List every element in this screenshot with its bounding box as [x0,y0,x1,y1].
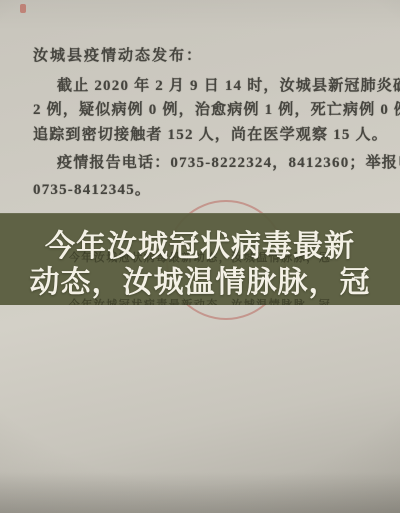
headline-banner: 今年汝城冠状病毒最新动态，汝城温情脉脉，冠 今年汝城冠状病毒最新动态，汝城温情脉… [0,213,400,305]
document-heading: 汝城县疫情动态发布： [33,44,374,65]
document-line: 截止 2020 年 2 月 9 日 14 时，汝城县新冠肺炎确诊病例 [33,74,374,95]
document-line: 0735-8412345。 [33,178,374,199]
photo-document: 汝城县疫情动态发布： 截止 2020 年 2 月 9 日 14 时，汝城县新冠肺… [0,0,400,513]
document-line: 疫情报告电话：0735-8222324，8412360；举报电话： [33,151,374,172]
headline-line2: 动态，汝城温情脉脉，冠 [0,257,400,301]
document-line: 2 例，疑似病例 0 例，治愈病例 1 例，死亡病例 0 例。累计 [33,98,374,119]
red-mark [20,4,26,13]
document-line: 追踪到密切接触者 152 人，尚在医学观察 15 人。 [33,123,374,144]
